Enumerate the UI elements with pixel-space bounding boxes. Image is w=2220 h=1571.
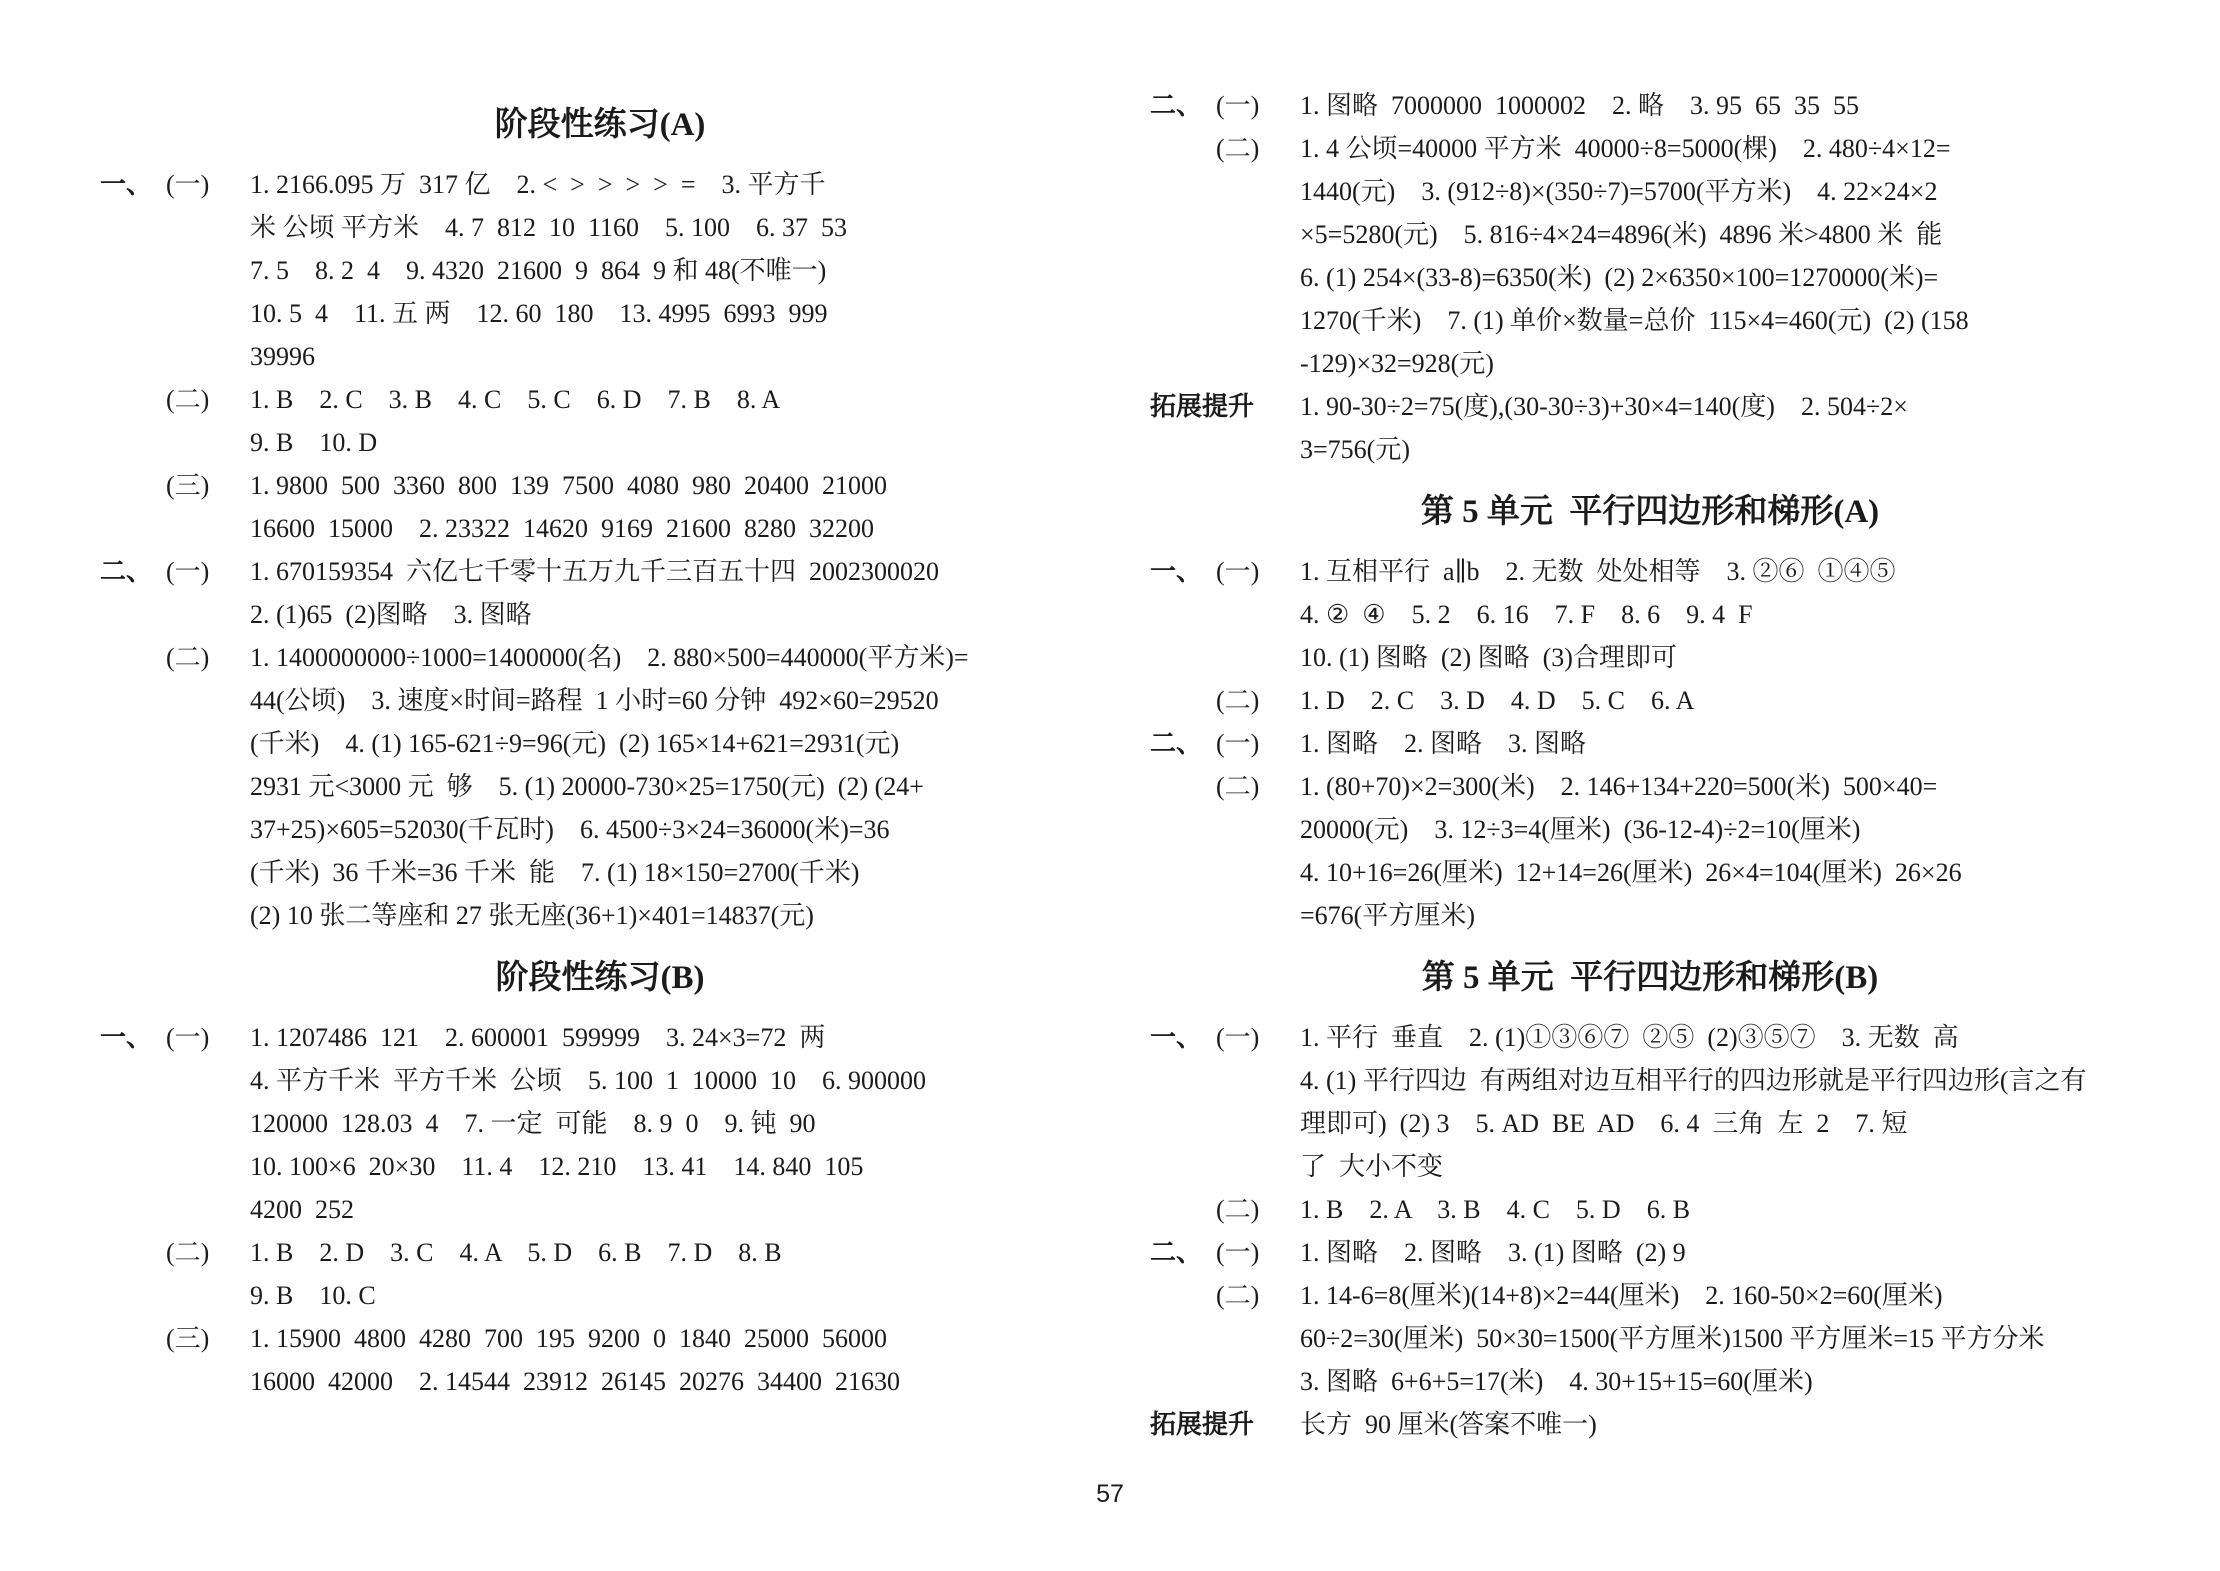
answer-block: (二)1. 1400000000÷1000=1400000(名) 2. 880×… — [100, 636, 1100, 937]
block-markers: (二) — [1150, 1274, 1300, 1317]
expansion-label: 拓展提升 — [1150, 385, 1300, 428]
subsection-label: (一) — [166, 1016, 250, 1059]
subsection-label: (一) — [166, 550, 250, 593]
answer-body: 1. 90-30÷2=75(度),(30-30÷3)+30×4=140(度) 2… — [1300, 385, 2150, 471]
answer-line: 120000 128.03 4 7. 一定 可能 8. 9 0 9. 钝 90 — [250, 1102, 1100, 1145]
section-number-label: 二、 — [100, 550, 166, 593]
subsection-label: (二) — [166, 378, 250, 421]
expansion-block: 拓展提升1. 90-30÷2=75(度),(30-30÷3)+30×4=140(… — [1150, 385, 2150, 471]
section-number-label — [1150, 679, 1216, 722]
section-number-label: 二、 — [1150, 1231, 1216, 1274]
answer-line: 9. B 10. C — [250, 1274, 1100, 1317]
expansion-block: 拓展提升长方 90 厘米(答案不唯一) — [1150, 1403, 2150, 1446]
block-markers: 二、(一) — [1150, 722, 1300, 765]
answer-body: 1. 14-6=8(厘米)(14+8)×2=44(厘米) 2. 160-50×2… — [1300, 1274, 2150, 1403]
subsection-label: (一) — [166, 163, 250, 206]
answer-line: 1. D 2. C 3. D 4. D 5. C 6. A — [1300, 679, 2150, 722]
answer-body: 1. B 2. C 3. B 4. C 5. C 6. D 7. B 8. A9… — [250, 378, 1100, 464]
subsection-label: (一) — [1216, 84, 1300, 127]
block-markers: 拓展提升 — [1150, 385, 1300, 428]
answer-line: 1. 4 公顷=40000 平方米 40000÷8=5000(棵) 2. 480… — [1300, 127, 2150, 170]
answer-line: 10. (1) 图略 (2) 图略 (3)合理即可 — [1300, 636, 2150, 679]
section-number-label — [100, 464, 166, 507]
subsection-label: (二) — [1216, 679, 1300, 722]
answer-line: 4200 252 — [250, 1188, 1100, 1231]
answer-body: 1. 2166.095 万 317 亿 2. < > > > > = 3. 平方… — [250, 163, 1100, 378]
answer-body: 1. 平行 垂直 2. (1)①③⑥⑦ ②⑤ (2)③⑤⑦ 3. 无数 高4. … — [1300, 1016, 2150, 1188]
subsection-label: (三) — [166, 1317, 250, 1360]
answer-body: 1. 15900 4800 4280 700 195 9200 0 1840 2… — [250, 1317, 1100, 1403]
answer-line: 1. 2166.095 万 317 亿 2. < > > > > = 3. 平方… — [250, 163, 1100, 206]
answer-line: ×5=5280(元) 5. 816÷4×24=4896(米) 4896 米>48… — [1300, 213, 2150, 256]
answer-block: (二)1. D 2. C 3. D 4. D 5. C 6. A — [1150, 679, 2150, 722]
answer-block: (二)1. 4 公顷=40000 平方米 40000÷8=5000(棵) 2. … — [1150, 127, 2150, 385]
block-markers: 拓展提升 — [1150, 1403, 1300, 1446]
workbook-answer-page: 阶段性练习(A)一、(一)1. 2166.095 万 317 亿 2. < > … — [0, 0, 2220, 1571]
answer-line: 1270(千米) 7. (1) 单价×数量=总价 115×4=460(元) (2… — [1300, 299, 2150, 342]
section-number-label — [100, 636, 166, 679]
answer-line: =676(平方厘米) — [1300, 894, 2150, 937]
answer-line: 39996 — [250, 335, 1100, 378]
answer-line: 4. 平方千米 平方千米 公顷 5. 100 1 10000 10 6. 900… — [250, 1059, 1100, 1102]
subsection-label: (二) — [166, 1231, 250, 1274]
answer-line: 2. (1)65 (2)图略 3. 图略 — [250, 593, 1100, 636]
subsection-label: (二) — [1216, 765, 1300, 808]
answer-column-right: 二、(一)1. 图略 7000000 1000002 2. 略 3. 95 65… — [1150, 84, 2150, 1446]
answer-body: 1. B 2. D 3. C 4. A 5. D 6. B 7. D 8. B9… — [250, 1231, 1100, 1317]
section-number-label: 一、 — [100, 163, 166, 206]
answer-line: 7. 5 8. 2 4 9. 4320 21600 9 864 9 和 48(不… — [250, 249, 1100, 292]
answer-block: 二、(一)1. 图略 7000000 1000002 2. 略 3. 95 65… — [1150, 84, 2150, 127]
answer-body: 1. B 2. A 3. B 4. C 5. D 6. B — [1300, 1188, 2150, 1231]
block-markers: 一、(一) — [100, 163, 250, 206]
answer-body: 1. 670159354 六亿七千零十五万九千三百五十四 20023000202… — [250, 550, 1100, 636]
answer-line: 4. ② ④ 5. 2 6. 16 7. F 8. 6 9. 4 F — [1300, 593, 2150, 636]
answer-block: (三)1. 15900 4800 4280 700 195 9200 0 184… — [100, 1317, 1100, 1403]
answer-body: 1. 互相平行 a∥b 2. 无数 处处相等 3. ②⑥ ①④⑤4. ② ④ 5… — [1300, 550, 2150, 679]
answer-body: 1. 图略 2. 图略 3. (1) 图略 (2) 9 — [1300, 1231, 2150, 1274]
section-number-label: 一、 — [1150, 1016, 1216, 1059]
section-number-label: 二、 — [1150, 84, 1216, 127]
answer-line: 1. 互相平行 a∥b 2. 无数 处处相等 3. ②⑥ ①④⑤ — [1300, 550, 2150, 593]
answer-line: (2) 10 张二等座和 27 张无座(36+1)×401=14837(元) — [250, 894, 1100, 937]
answer-line: 1. B 2. C 3. B 4. C 5. C 6. D 7. B 8. A — [250, 378, 1100, 421]
section-number-label — [1150, 127, 1216, 170]
subsection-label: (一) — [1216, 1231, 1300, 1274]
answer-block: 二、(一)1. 图略 2. 图略 3. 图略 — [1150, 722, 2150, 765]
block-markers: 二、(一) — [1150, 1231, 1300, 1274]
subsection-label: (二) — [1216, 1188, 1300, 1231]
answer-line: 3. 图略 6+6+5=17(米) 4. 30+15+15=60(厘米) — [1300, 1360, 2150, 1403]
answer-line: 1. 图略 2. 图略 3. (1) 图略 (2) 9 — [1300, 1231, 2150, 1274]
answer-block: (二)1. 14-6=8(厘米)(14+8)×2=44(厘米) 2. 160-5… — [1150, 1274, 2150, 1403]
answer-line: 44(公顷) 3. 速度×时间=路程 1 小时=60 分钟 492×60=295… — [250, 679, 1100, 722]
answer-line: 10. 5 4 11. 五 两 12. 60 180 13. 4995 6993… — [250, 292, 1100, 335]
section-number-label — [1150, 1274, 1216, 1317]
answer-line: (千米) 36 千米=36 千米 能 7. (1) 18×150=2700(千米… — [250, 851, 1100, 894]
answer-line: 1. 9800 500 3360 800 139 7500 4080 980 2… — [250, 464, 1100, 507]
answer-line: 长方 90 厘米(答案不唯一) — [1300, 1403, 2150, 1446]
block-markers: (二) — [100, 636, 250, 679]
answer-line: 1. 平行 垂直 2. (1)①③⑥⑦ ②⑤ (2)③⑤⑦ 3. 无数 高 — [1300, 1016, 2150, 1059]
answer-line: 16600 15000 2. 23322 14620 9169 21600 82… — [250, 507, 1100, 550]
subsection-label: (二) — [166, 636, 250, 679]
answer-block: (二)1. B 2. D 3. C 4. A 5. D 6. B 7. D 8.… — [100, 1231, 1100, 1317]
answer-line: 1. 15900 4800 4280 700 195 9200 0 1840 2… — [250, 1317, 1100, 1360]
section-title: 第 5 单元 平行四边形和梯形(B) — [1150, 957, 2150, 1000]
block-markers: (三) — [100, 1317, 250, 1360]
answer-body: 1. 图略 2. 图略 3. 图略 — [1300, 722, 2150, 765]
answer-line: -129)×32=928(元) — [1300, 342, 2150, 385]
section-number-label — [100, 1231, 166, 1274]
subsection-label: (二) — [1216, 127, 1300, 170]
answer-body: 1. D 2. C 3. D 4. D 5. C 6. A — [1300, 679, 2150, 722]
expansion-label: 拓展提升 — [1150, 1403, 1300, 1446]
subsection-label: (三) — [166, 464, 250, 507]
answer-line: 1. B 2. A 3. B 4. C 5. D 6. B — [1300, 1188, 2150, 1231]
answer-line: 1. 14-6=8(厘米)(14+8)×2=44(厘米) 2. 160-50×2… — [1300, 1274, 2150, 1317]
answer-body: 1. 图略 7000000 1000002 2. 略 3. 95 65 35 5… — [1300, 84, 2150, 127]
subsection-label: (二) — [1216, 1274, 1300, 1317]
block-markers: 二、(一) — [100, 550, 250, 593]
section-number-label: 二、 — [1150, 722, 1216, 765]
block-markers: 一、(一) — [1150, 1016, 1300, 1059]
answer-body: 1. 4 公顷=40000 平方米 40000÷8=5000(棵) 2. 480… — [1300, 127, 2150, 385]
answer-block: 一、(一)1. 互相平行 a∥b 2. 无数 处处相等 3. ②⑥ ①④⑤4. … — [1150, 550, 2150, 679]
answer-body: 1. 1400000000÷1000=1400000(名) 2. 880×500… — [250, 636, 1100, 937]
block-markers: (二) — [1150, 1188, 1300, 1231]
answer-line: 3=756(元) — [1300, 428, 2150, 471]
section-title: 第 5 单元 平行四边形和梯形(A) — [1150, 491, 2150, 534]
answer-block: 一、(一)1. 1207486 121 2. 600001 599999 3. … — [100, 1016, 1100, 1231]
answer-line: 1. 图略 7000000 1000002 2. 略 3. 95 65 35 5… — [1300, 84, 2150, 127]
section-number-label: 一、 — [1150, 550, 1216, 593]
answer-body: 1. (80+70)×2=300(米) 2. 146+134+220=500(米… — [1300, 765, 2150, 937]
section-number-label — [100, 1317, 166, 1360]
answer-body: 1. 9800 500 3360 800 139 7500 4080 980 2… — [250, 464, 1100, 550]
section-number-label — [1150, 765, 1216, 808]
block-markers: 一、(一) — [1150, 550, 1300, 593]
answer-block: (二)1. (80+70)×2=300(米) 2. 146+134+220=50… — [1150, 765, 2150, 937]
answer-line: 10. 100×6 20×30 11. 4 12. 210 13. 41 14.… — [250, 1145, 1100, 1188]
answer-line: 了 大小不变 — [1300, 1145, 2150, 1188]
block-markers: (二) — [100, 1231, 250, 1274]
subsection-label: (一) — [1216, 722, 1300, 765]
answer-line: 理即可) (2) 3 5. AD BE AD 6. 4 三角 左 2 7. 短 — [1300, 1102, 2150, 1145]
subsection-label: (一) — [1216, 1016, 1300, 1059]
answer-line: 16000 42000 2. 14544 23912 26145 20276 3… — [250, 1360, 1100, 1403]
answer-line: 9. B 10. D — [250, 421, 1100, 464]
answer-line: 60÷2=30(厘米) 50×30=1500(平方厘米)1500 平方厘米=15… — [1300, 1317, 2150, 1360]
block-markers: (二) — [100, 378, 250, 421]
answer-line: 37+25)×605=52030(千瓦时) 6. 4500÷3×24=36000… — [250, 808, 1100, 851]
answer-line: 1. B 2. D 3. C 4. A 5. D 6. B 7. D 8. B — [250, 1231, 1100, 1274]
answer-line: 1440(元) 3. (912÷8)×(350÷7)=5700(平方米) 4. … — [1300, 170, 2150, 213]
answer-line: 1. 670159354 六亿七千零十五万九千三百五十四 2002300020 — [250, 550, 1100, 593]
section-number-label — [1150, 1188, 1216, 1231]
answer-block: 一、(一)1. 平行 垂直 2. (1)①③⑥⑦ ②⑤ (2)③⑤⑦ 3. 无数… — [1150, 1016, 2150, 1188]
block-markers: (二) — [1150, 679, 1300, 722]
block-markers: 一、(一) — [100, 1016, 250, 1059]
block-markers: (三) — [100, 464, 250, 507]
answer-block: 二、(一)1. 图略 2. 图略 3. (1) 图略 (2) 9 — [1150, 1231, 2150, 1274]
subsection-label: (一) — [1216, 550, 1300, 593]
block-markers: 二、(一) — [1150, 84, 1300, 127]
answer-block: (三)1. 9800 500 3360 800 139 7500 4080 98… — [100, 464, 1100, 550]
answer-line: 1. 90-30÷2=75(度),(30-30÷3)+30×4=140(度) 2… — [1300, 385, 2150, 428]
answer-line: 20000(元) 3. 12÷3=4(厘米) (36-12-4)÷2=10(厘米… — [1300, 808, 2150, 851]
answer-line: 6. (1) 254×(33-8)=6350(米) (2) 2×6350×100… — [1300, 256, 2150, 299]
answer-line: 1. 1400000000÷1000=1400000(名) 2. 880×500… — [250, 636, 1100, 679]
answer-line: 2931 元<3000 元 够 5. (1) 20000-730×25=1750… — [250, 765, 1100, 808]
answer-line: 米 公顷 平方米 4. 7 812 10 1160 5. 100 6. 37 5… — [250, 206, 1100, 249]
page-number: 57 — [0, 1480, 2220, 1509]
answer-line: 1. (80+70)×2=300(米) 2. 146+134+220=500(米… — [1300, 765, 2150, 808]
section-number-label: 一、 — [100, 1016, 166, 1059]
answer-line: 1. 图略 2. 图略 3. 图略 — [1300, 722, 2150, 765]
answer-block: 一、(一)1. 2166.095 万 317 亿 2. < > > > > = … — [100, 163, 1100, 378]
section-title: 阶段性练习(A) — [100, 104, 1100, 147]
answer-line: 4. 10+16=26(厘米) 12+14=26(厘米) 26×4=104(厘米… — [1300, 851, 2150, 894]
answer-line: 1. 1207486 121 2. 600001 599999 3. 24×3=… — [250, 1016, 1100, 1059]
answer-line: 4. (1) 平行四边 有两组对边互相平行的四边形就是平行四边形(言之有 — [1300, 1059, 2150, 1102]
answer-block: (二)1. B 2. A 3. B 4. C 5. D 6. B — [1150, 1188, 2150, 1231]
section-number-label — [100, 378, 166, 421]
answer-block: (二)1. B 2. C 3. B 4. C 5. C 6. D 7. B 8.… — [100, 378, 1100, 464]
answer-body: 1. 1207486 121 2. 600001 599999 3. 24×3=… — [250, 1016, 1100, 1231]
answer-line: (千米) 4. (1) 165-621÷9=96(元) (2) 165×14+6… — [250, 722, 1100, 765]
section-title: 阶段性练习(B) — [100, 957, 1100, 1000]
block-markers: (二) — [1150, 127, 1300, 170]
answer-block: 二、(一)1. 670159354 六亿七千零十五万九千三百五十四 200230… — [100, 550, 1100, 636]
block-markers: (二) — [1150, 765, 1300, 808]
answer-body: 长方 90 厘米(答案不唯一) — [1300, 1403, 2150, 1446]
answer-column-left: 阶段性练习(A)一、(一)1. 2166.095 万 317 亿 2. < > … — [100, 84, 1100, 1403]
